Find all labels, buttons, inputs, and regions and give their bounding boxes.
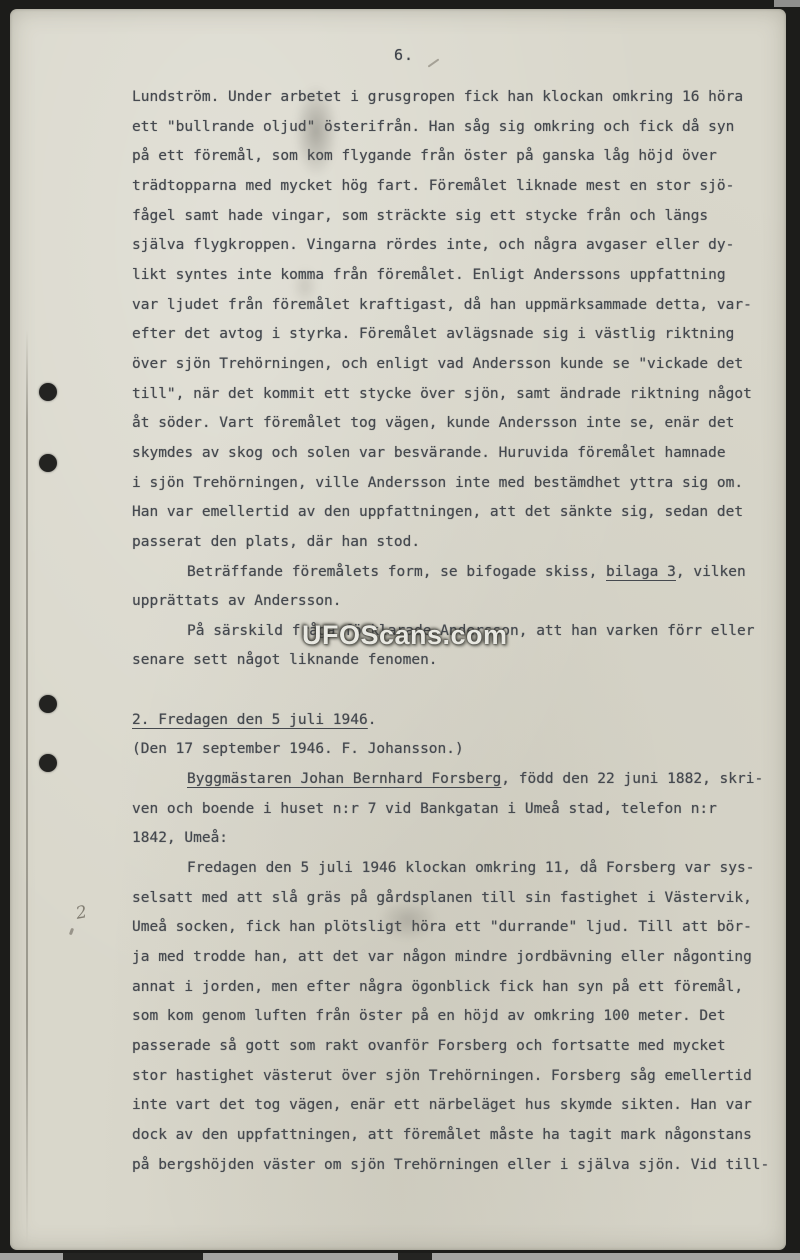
punch-hole [39, 383, 57, 401]
punch-hole [39, 695, 57, 713]
punch-hole [39, 454, 57, 472]
scan-corner-artifact [774, 0, 800, 7]
text-run: Beträffande föremålets form, se bifogade… [187, 564, 606, 580]
scan-edge-shadow [63, 1253, 203, 1260]
scanned-document-page: 6. Lundström. Under arbetet i grusgropen… [0, 0, 800, 1260]
text-run: 1842, Umeå: [132, 830, 228, 846]
underlined-witness-name: Byggmästaren Johan Bernhard Forsberg [187, 771, 501, 787]
ink-smudge [378, 898, 438, 942]
text-run: upprättats av Andersson. [132, 593, 342, 609]
scan-edge-shadow [398, 1253, 432, 1260]
underlined-attachment-reference: bilaga 3 [606, 564, 676, 580]
text-run: ven och boende i huset n:r 7 vid Bankgat… [132, 801, 717, 817]
paragraph-forsberg-sighting: Fredagen den 5 juli 1946 klockan omkring… [132, 854, 762, 1180]
punch-hole [39, 754, 57, 772]
paragraph-witness-identity: Byggmästaren Johan Bernhard Forsberg, fö… [132, 765, 762, 854]
text-run: , född den 22 juni 1882, skri- [501, 771, 763, 787]
text-run: , vilken [676, 564, 746, 580]
section-byline: (Den 17 september 1946. F. Johansson.) [132, 735, 762, 765]
paragraph-sketch-reference: Beträffande föremålets form, se bifogade… [132, 558, 762, 617]
paper-edge-crease [26, 330, 28, 1245]
text-run: . [368, 712, 377, 728]
ink-smudge [294, 84, 338, 178]
page-number: 6. [394, 46, 414, 64]
ink-smudge [291, 266, 319, 306]
watermark: UFOScans.com [302, 620, 508, 651]
paragraph-andersson-sighting: Lundström. Under arbetet i grusgropen fi… [132, 83, 762, 558]
underlined-heading-text: 2. Fredagen den 5 juli 1946 [132, 712, 368, 728]
section-heading: 2. Fredagen den 5 juli 1946. [132, 706, 762, 736]
